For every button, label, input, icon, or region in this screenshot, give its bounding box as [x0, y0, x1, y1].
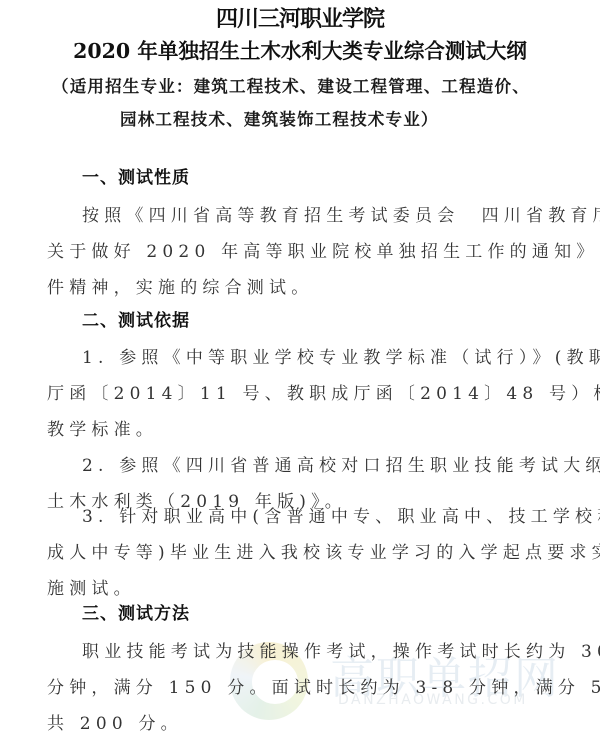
paragraph-line: 厅函〔2014〕11 号、教职成厅函〔2014〕48 号）相关专业: [47, 379, 600, 404]
paragraph-line: 1. 参照《中等职业学校专业教学标准（试行）》(教职成: [82, 343, 600, 368]
document-page: 四川三河职业学院 2020 年单独招生土木水利大类专业综合测试大纲 （适用招生专…: [0, 0, 600, 732]
paragraph-line: 2. 参照《四川省普通高校对口招生职业技能考试大纲-: [82, 451, 600, 476]
paragraph-line: 成人中专等)毕业生进入我校该专业学习的入学起点要求实: [47, 538, 600, 563]
paragraph-line: 关于做好 2020 年高等职业院校单独招生工作的通知》的文: [47, 237, 600, 262]
paragraph-line: 教学标准。: [47, 415, 158, 440]
paragraph-line: 按照《四川省高等教育招生考试委员会 四川省教育厅: [82, 201, 600, 226]
paragraph-line: 施测试。: [47, 574, 136, 599]
paragraph-line: 件精神，实施的综合测试。: [47, 273, 313, 298]
applicable-majors-line-1: （适用招生专业：建筑工程技术、建设工程管理、工程造价、: [52, 73, 592, 97]
paragraph-line: 3. 针对职业高中(含普通中专、职业高中、技工学校和: [82, 502, 600, 527]
applicable-majors-line-2: 园林工程技术、建筑装饰工程技术专业）: [120, 106, 600, 130]
paragraph-line: 分钟，满分 150 分。面试时长约为 3-8 分钟，满分 50 分。: [47, 673, 600, 698]
paragraph-line: 职业技能考试为技能操作考试，操作考试时长约为 30: [82, 637, 600, 662]
school-name: 四川三河职业学院: [0, 2, 600, 33]
paragraph-line: 共 200 分。: [47, 709, 183, 732]
section-heading-basis: 二、测试依据: [82, 306, 190, 331]
document-title: 2020 年单独招生土木水利大类专业综合测试大纲: [0, 34, 600, 64]
section-heading-nature: 一、测试性质: [82, 163, 190, 188]
section-heading-method: 三、测试方法: [82, 599, 190, 624]
